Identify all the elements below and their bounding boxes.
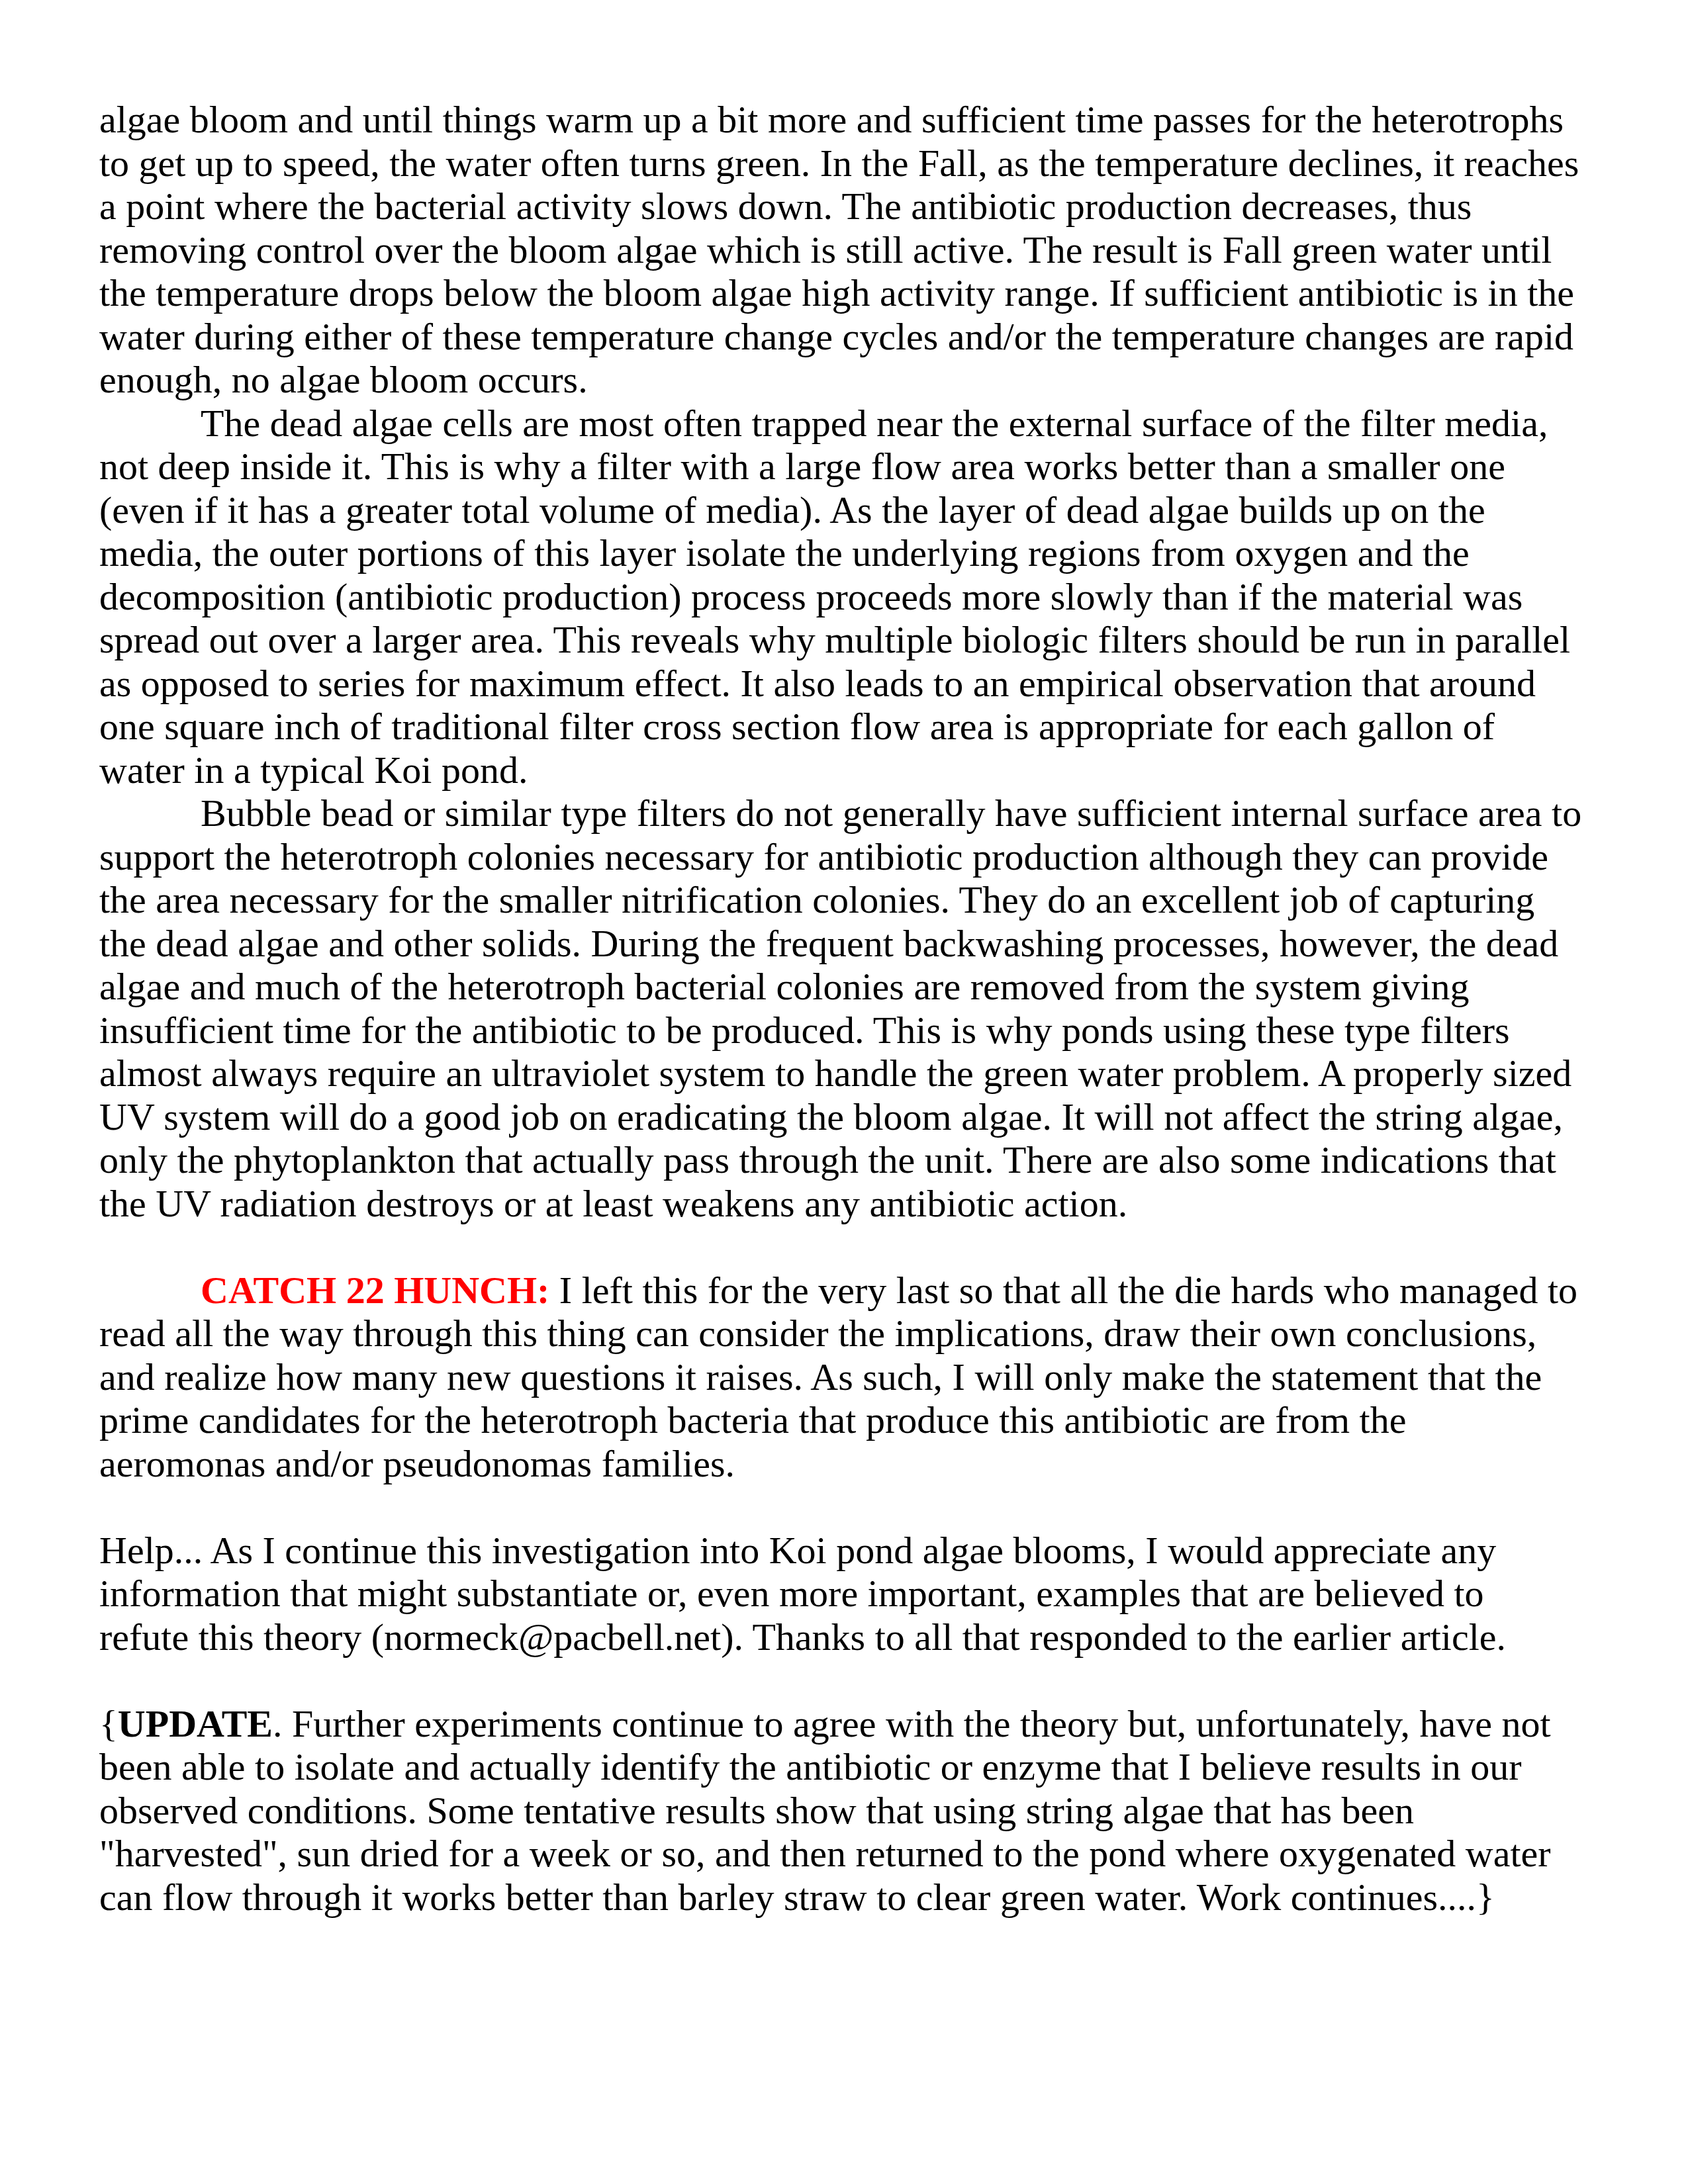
text-line: Help... As I continue this investigation… [99, 1529, 1589, 1572]
text-line: water during either of these temperature… [99, 315, 1589, 359]
text-line: algae and much of the heterotroph bacter… [99, 965, 1589, 1009]
text-line: media, the outer portions of this layer … [99, 531, 1589, 575]
paragraph-bubble-bead-filters: Bubble bead or similar type filters do n… [99, 792, 1589, 1225]
paragraph-catch-22-hunch: CATCH 22 HUNCH: I left this for the very… [99, 1269, 1589, 1486]
text-line: the area necessary for the smaller nitri… [99, 878, 1589, 922]
text-line: insufficient time for the antibiotic to … [99, 1009, 1589, 1052]
text-segment: I left this for the very last so that al… [549, 1269, 1577, 1312]
text-line: the dead algae and other solids. During … [99, 922, 1589, 966]
text-line: Bubble bead or similar type filters do n… [99, 792, 1589, 835]
text-line: The dead algae cells are most often trap… [99, 402, 1589, 445]
text-line: only the phytoplankton that actually pas… [99, 1138, 1589, 1182]
blank-line [99, 1485, 1589, 1529]
text-line: "harvested", sun dried for a week or so,… [99, 1832, 1589, 1876]
text-segment: . Further experiments continue to agree … [273, 1702, 1551, 1745]
paragraph-dead-algae-filter: The dead algae cells are most often trap… [99, 402, 1589, 792]
text-line: the temperature drops below the bloom al… [99, 271, 1589, 315]
text-line: algae bloom and until things warm up a b… [99, 98, 1589, 142]
text-line: not deep inside it. This is why a filter… [99, 445, 1589, 488]
text-line: support the heterotroph colonies necessa… [99, 835, 1589, 879]
text-line: aeromonas and/or pseudonomas families. [99, 1442, 1589, 1486]
text-line: UV system will do a good job on eradicat… [99, 1095, 1589, 1139]
text-line: decomposition (antibiotic production) pr… [99, 575, 1589, 619]
text-line: information that might substantiate or, … [99, 1572, 1589, 1615]
text-line: a point where the bacterial activity slo… [99, 185, 1589, 228]
text-line: and realize how many new questions it ra… [99, 1355, 1589, 1399]
text-line: the UV radiation destroys or at least we… [99, 1182, 1589, 1226]
text-line: read all the way through this thing can … [99, 1312, 1589, 1355]
text-line: enough, no algae bloom occurs. [99, 358, 1589, 402]
paragraph-help-request: Help... As I continue this investigation… [99, 1529, 1589, 1659]
paragraph-green-water-cycles: algae bloom and until things warm up a b… [99, 98, 1589, 402]
text-line: (even if it has a greater total volume o… [99, 488, 1589, 532]
text-line: one square inch of traditional filter cr… [99, 705, 1589, 749]
text-line: as opposed to series for maximum effect.… [99, 662, 1589, 705]
text-line: water in a typical Koi pond. [99, 749, 1589, 792]
blank-line [99, 1225, 1589, 1269]
paragraph-update: {UPDATE. Further experiments continue to… [99, 1702, 1589, 1919]
text-line: observed conditions. Some tentative resu… [99, 1789, 1589, 1833]
document-page: algae bloom and until things warm up a b… [99, 98, 1589, 1919]
text-line: been able to isolate and actually identi… [99, 1745, 1589, 1789]
text-line: spread out over a larger area. This reve… [99, 618, 1589, 662]
update-label: UPDATE [118, 1702, 273, 1745]
text-line: {UPDATE. Further experiments continue to… [99, 1702, 1589, 1746]
text-line: refute this theory (normeck@pacbell.net)… [99, 1615, 1589, 1659]
blank-line [99, 1659, 1589, 1702]
text-line: removing control over the bloom algae wh… [99, 228, 1589, 272]
text-line: CATCH 22 HUNCH: I left this for the very… [99, 1269, 1589, 1312]
text-line: almost always require an ultraviolet sys… [99, 1052, 1589, 1095]
text-line: can flow through it works better than ba… [99, 1876, 1589, 1919]
text-line: to get up to speed, the water often turn… [99, 142, 1589, 185]
catch-22-heading: CATCH 22 HUNCH: [201, 1269, 549, 1312]
text-line: prime candidates for the heterotroph bac… [99, 1398, 1589, 1442]
open-brace: { [99, 1702, 118, 1745]
